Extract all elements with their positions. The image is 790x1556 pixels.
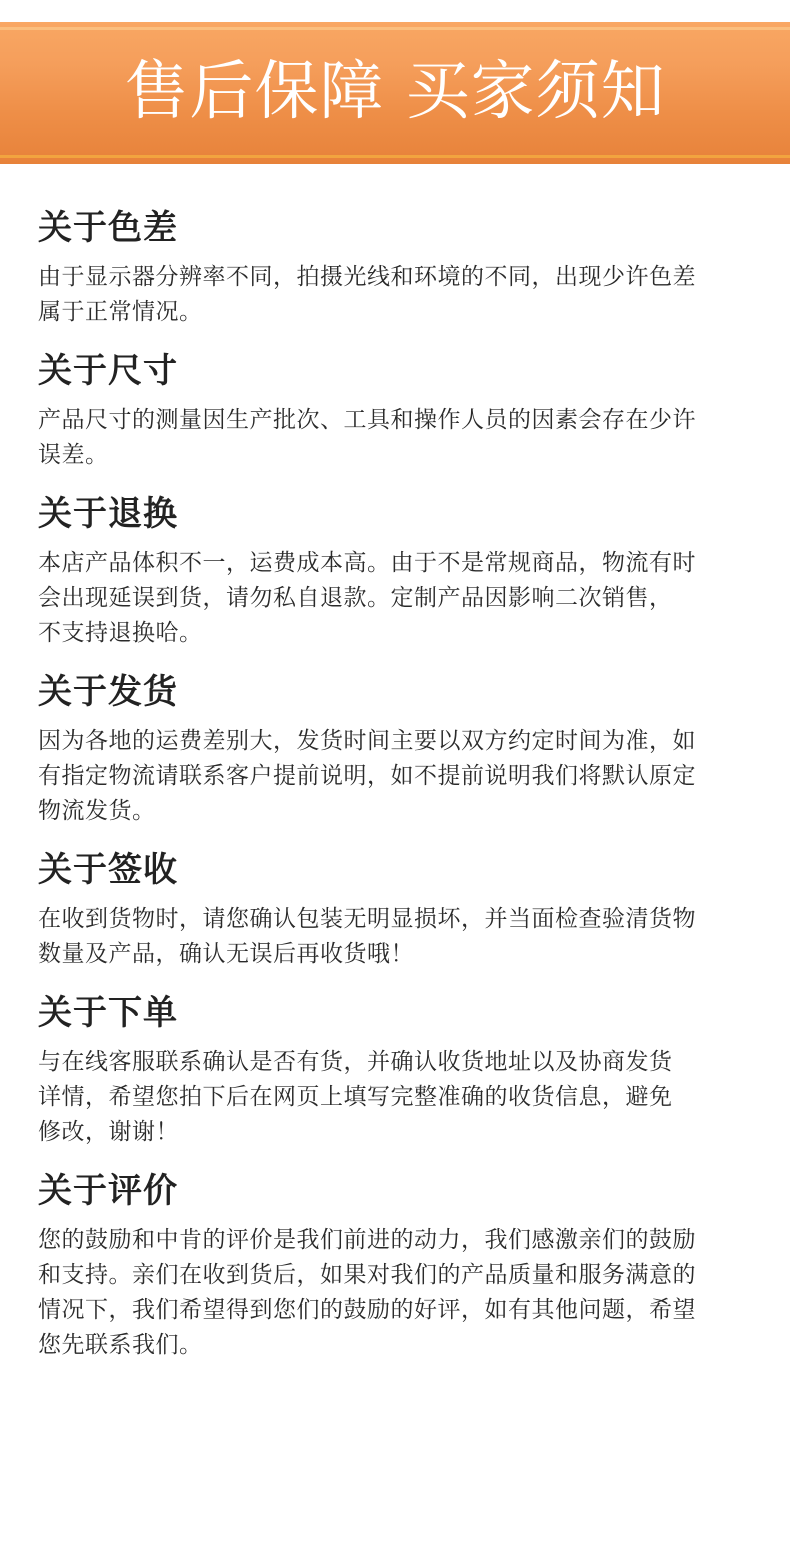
- body-line: 您的鼓励和中肯的评价是我们前进的动力，我们感激亲们的鼓励: [38, 1223, 758, 1258]
- section-body: 您的鼓励和中肯的评价是我们前进的动力，我们感激亲们的鼓励 和支持。亲们在收到货后…: [38, 1223, 758, 1363]
- body-line: 与在线客服联系确认是否有货，并确认收货地址以及协商发货: [38, 1045, 758, 1080]
- body-line: 由于显示器分辨率不同，拍摄光线和环境的不同，出现少许色差: [38, 260, 758, 295]
- body-line: 物流发货。: [38, 794, 758, 829]
- section-body: 产品尺寸的测量因生产批次、工具和操作人员的因素会存在少许 误差。: [38, 403, 758, 473]
- body-line: 因为各地的运费差别大，发货时间主要以双方约定时间为准，如: [38, 724, 758, 759]
- body-line: 误差。: [38, 438, 758, 473]
- body-line: 不支持退换哈。: [38, 616, 758, 651]
- section-title: 关于下单: [38, 987, 758, 1039]
- body-line: 数量及产品，确认无误后再收货哦！: [38, 937, 758, 972]
- section-color-difference: 关于色差 由于显示器分辨率不同，拍摄光线和环境的不同，出现少许色差 属于正常情况…: [38, 202, 758, 330]
- section-body: 在收到货物时，请您确认包装无明显损坏，并当面检查验清货物 数量及产品，确认无误后…: [38, 902, 758, 972]
- section-body: 本店产品体积不一，运费成本高。由于不是常规商品，物流有时 会出现延误到货，请勿私…: [38, 546, 758, 651]
- body-line: 详情，希望您拍下后在网页上填写完整准确的收货信息，避免: [38, 1080, 758, 1115]
- banner-bottom-stripe: [0, 155, 790, 158]
- section-title: 关于签收: [38, 844, 758, 896]
- banner-title: 售后保障 买家须知: [0, 54, 790, 130]
- section-size: 关于尺寸 产品尺寸的测量因生产批次、工具和操作人员的因素会存在少许 误差。: [38, 345, 758, 473]
- section-receipt: 关于签收 在收到货物时，请您确认包装无明显损坏，并当面检查验清货物 数量及产品，…: [38, 844, 758, 972]
- section-title: 关于发货: [38, 666, 758, 718]
- section-title: 关于尺寸: [38, 345, 758, 397]
- body-line: 有指定物流请联系客户提前说明，如不提前说明我们将默认原定: [38, 759, 758, 794]
- body-line: 会出现延误到货，请勿私自退款。定制产品因影响二次销售，: [38, 581, 758, 616]
- body-line: 属于正常情况。: [38, 295, 758, 330]
- section-reviews: 关于评价 您的鼓励和中肯的评价是我们前进的动力，我们感激亲们的鼓励 和支持。亲们…: [38, 1165, 758, 1363]
- body-line: 产品尺寸的测量因生产批次、工具和操作人员的因素会存在少许: [38, 403, 758, 438]
- section-title: 关于评价: [38, 1165, 758, 1217]
- section-title: 关于退换: [38, 488, 758, 540]
- section-returns: 关于退换 本店产品体积不一，运费成本高。由于不是常规商品，物流有时 会出现延误到…: [38, 488, 758, 651]
- section-ordering: 关于下单 与在线客服联系确认是否有货，并确认收货地址以及协商发货 详情，希望您拍…: [38, 987, 758, 1150]
- body-line: 在收到货物时，请您确认包装无明显损坏，并当面检查验清货物: [38, 902, 758, 937]
- section-shipping: 关于发货 因为各地的运费差别大，发货时间主要以双方约定时间为准，如 有指定物流请…: [38, 666, 758, 829]
- notice-content: 关于色差 由于显示器分辨率不同，拍摄光线和环境的不同，出现少许色差 属于正常情况…: [38, 202, 758, 1378]
- section-body: 与在线客服联系确认是否有货，并确认收货地址以及协商发货 详情，希望您拍下后在网页…: [38, 1045, 758, 1150]
- body-line: 和支持。亲们在收到货后，如果对我们的产品质量和服务满意的: [38, 1258, 758, 1293]
- body-line: 您先联系我们。: [38, 1328, 758, 1363]
- banner-top-highlight: [0, 27, 790, 30]
- body-line: 修改，谢谢！: [38, 1115, 758, 1150]
- body-line: 本店产品体积不一，运费成本高。由于不是常规商品，物流有时: [38, 546, 758, 581]
- header-banner: 售后保障 买家须知: [0, 22, 790, 164]
- section-body: 因为各地的运费差别大，发货时间主要以双方约定时间为准，如 有指定物流请联系客户提…: [38, 724, 758, 829]
- section-body: 由于显示器分辨率不同，拍摄光线和环境的不同，出现少许色差 属于正常情况。: [38, 260, 758, 330]
- body-line: 情况下，我们希望得到您们的鼓励的好评，如有其他问题，希望: [38, 1293, 758, 1328]
- section-title: 关于色差: [38, 202, 758, 254]
